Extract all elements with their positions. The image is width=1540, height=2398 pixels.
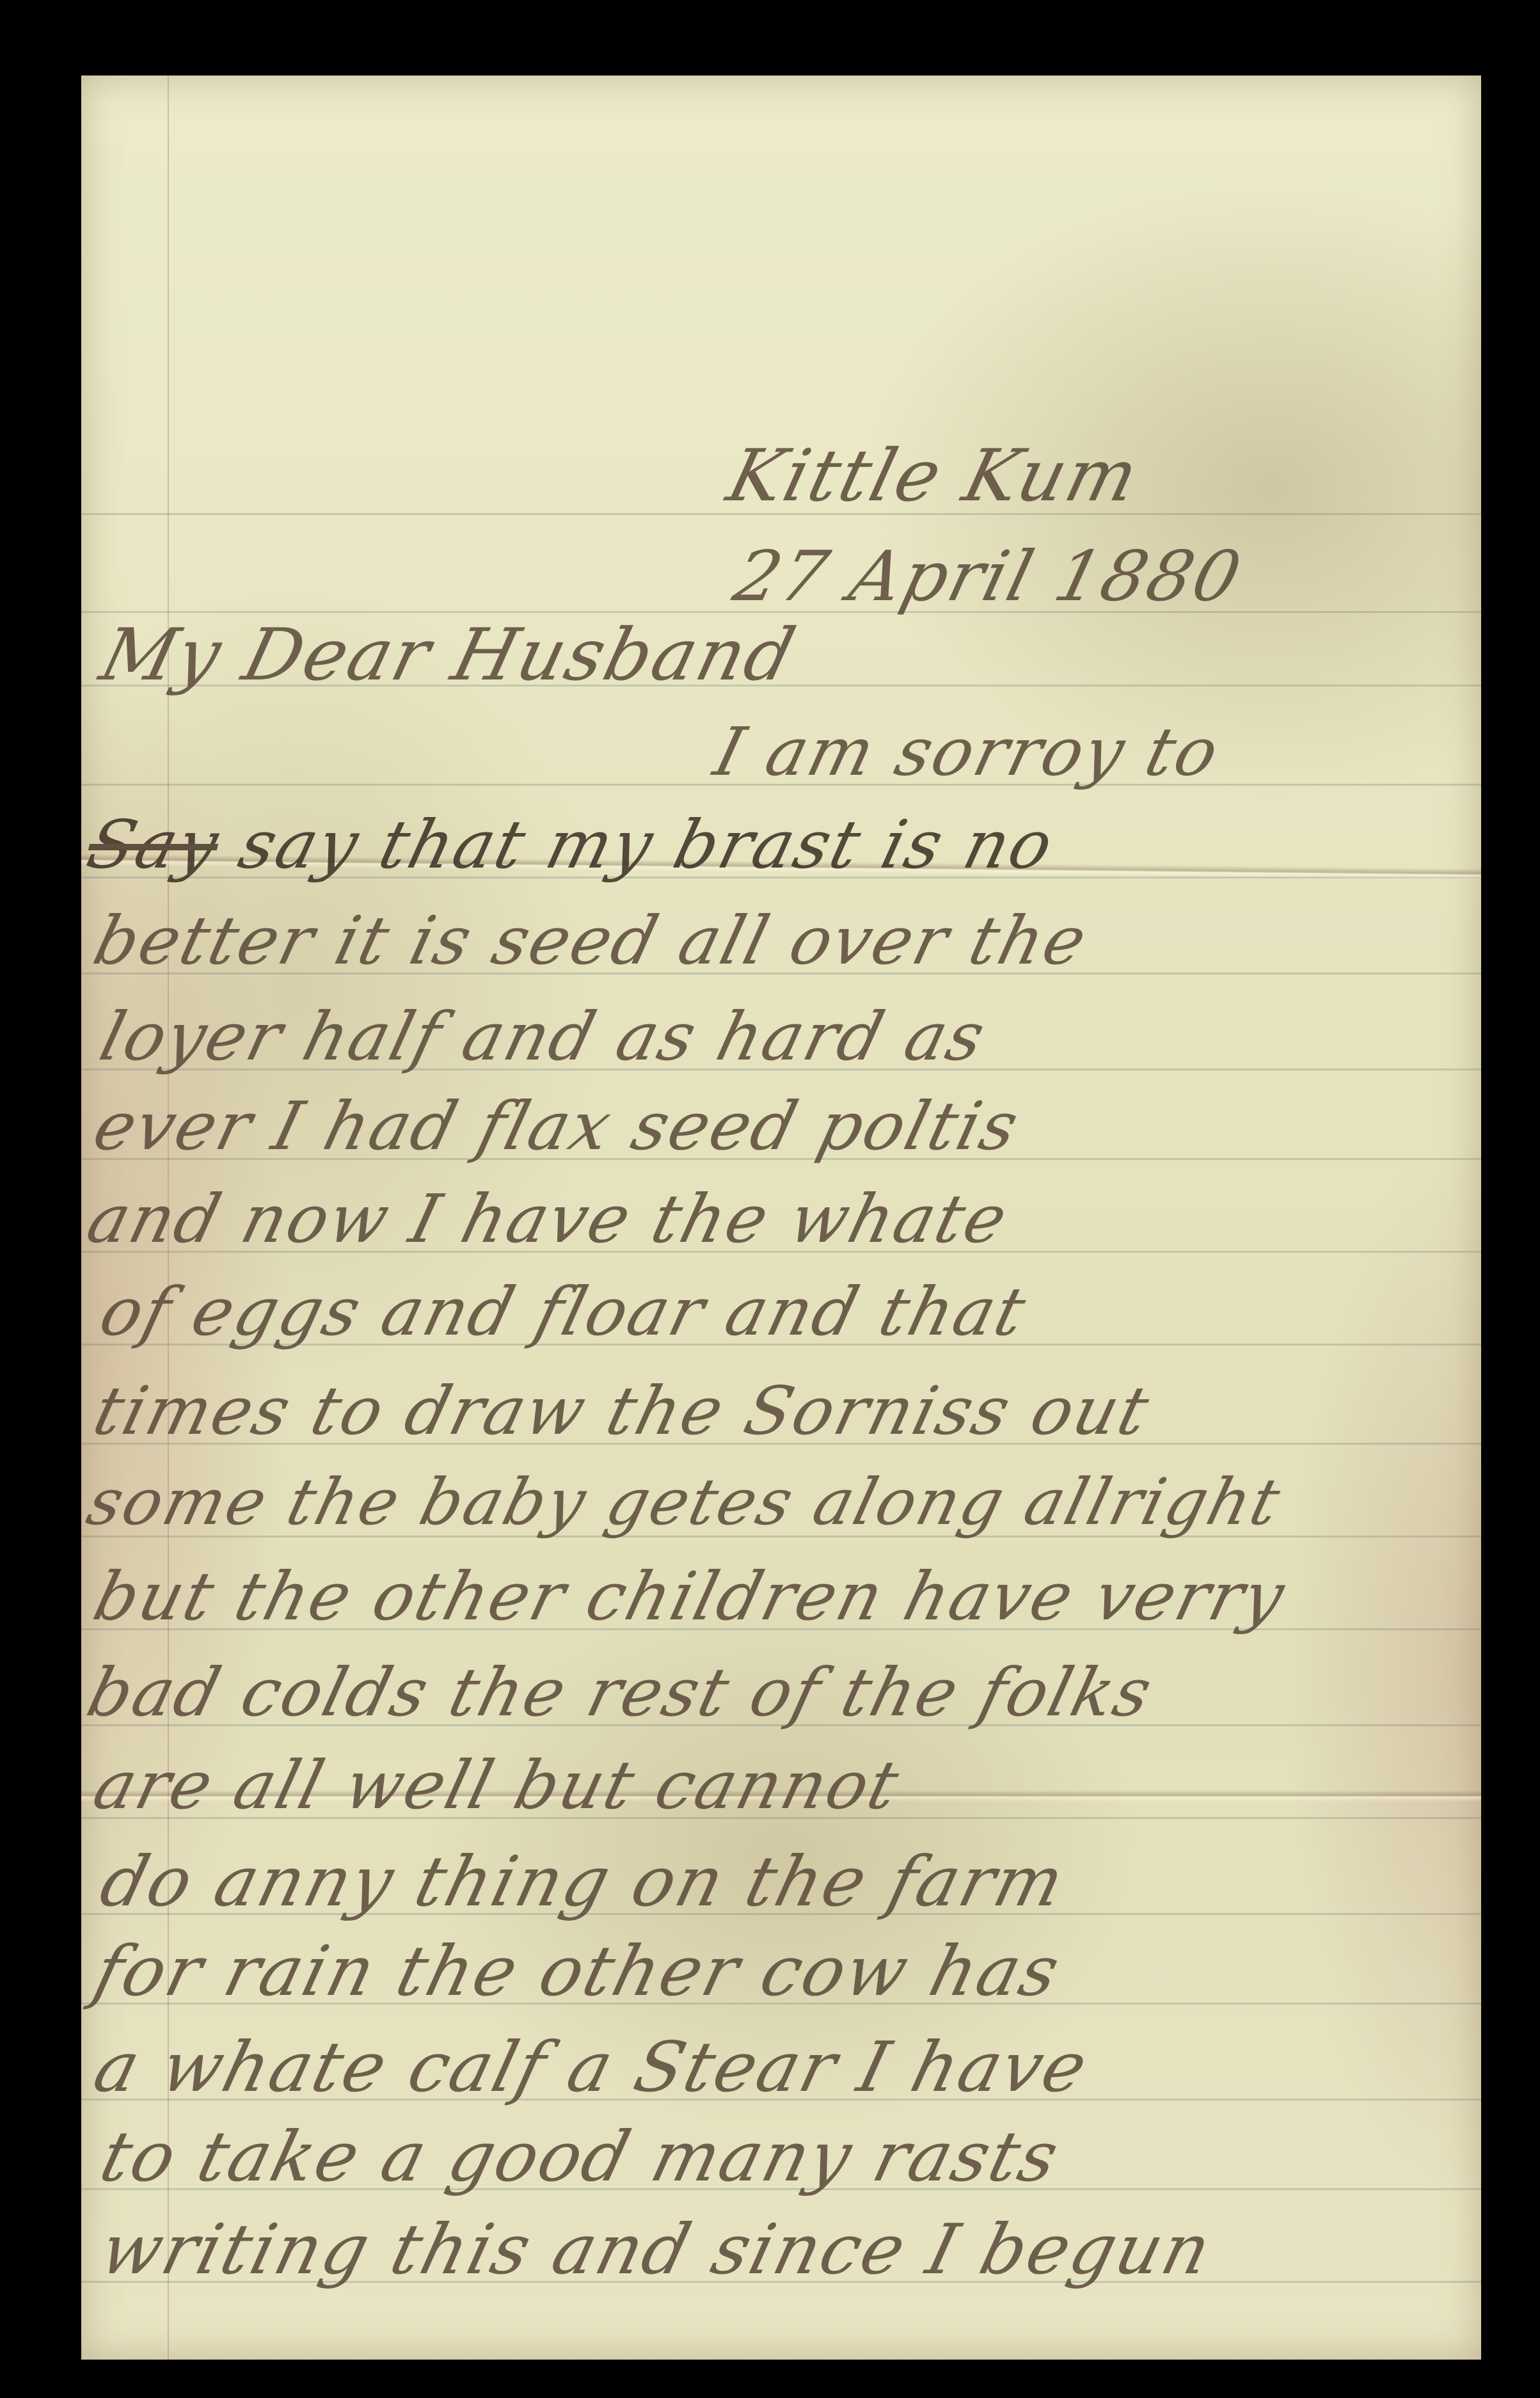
struck-word: Say	[80, 806, 228, 884]
body-line: for rain the other cow has	[88, 1937, 1067, 2006]
body-line: of eggs and floar and that	[94, 1278, 1033, 1345]
letter-place: Kittle Kum	[721, 440, 1147, 512]
body-line: and now I have the whate	[81, 1186, 1015, 1252]
body-line: writing this and since I begun	[94, 2216, 1219, 2285]
body-line: better it is seed all over the	[88, 907, 1094, 974]
body-line: a whate calf a Stear I have	[88, 2033, 1095, 2102]
salutation: My Dear Husband	[94, 619, 803, 691]
body-line: times to draw the Sorniss out	[88, 1378, 1157, 1444]
letter-date: 27 April 1880	[727, 543, 1249, 612]
body-line: are all well but cannot	[88, 1752, 907, 1818]
letter-paper: Kittle Kum 27 April 1880 My Dear Husband…	[81, 75, 1481, 2360]
body-line: but the other children have verry	[88, 1563, 1292, 1630]
body-line-text: say that my brast is no	[232, 806, 1062, 884]
body-line: ever I had flax seed poltis	[88, 1093, 1026, 1159]
body-line: do anny thing on the farm	[94, 1848, 1072, 1917]
body-line: some the baby getes along allright	[81, 1470, 1287, 1534]
body-line: to take a good many rasts	[94, 2123, 1066, 2192]
body-line: I am sorroy to	[708, 719, 1226, 785]
body-line: Say say that my brast is no	[81, 811, 1061, 878]
body-line: bad colds the rest of the folks	[81, 1659, 1159, 1726]
body-line: loyer half and as hard as	[94, 1003, 992, 1070]
